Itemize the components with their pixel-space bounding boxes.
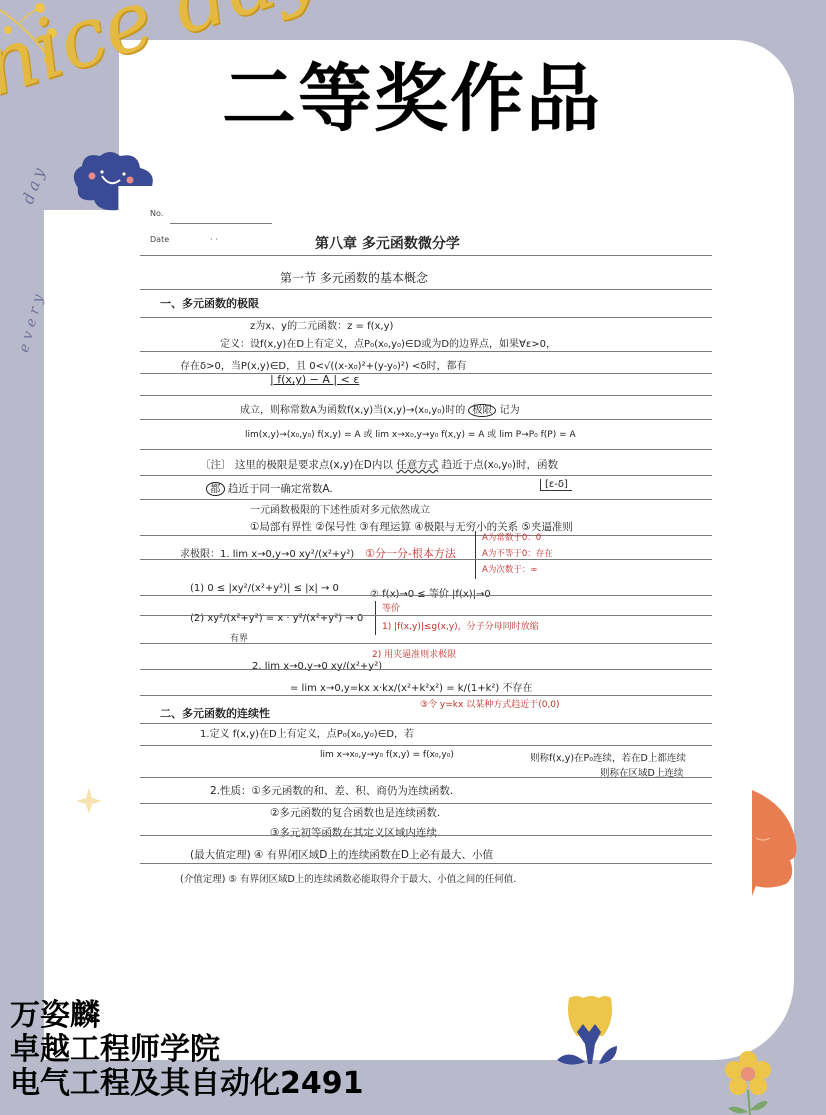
note-remark: 〔注〕 这里的极限是要求点(x,y)在D内以 任意方式 趋近于点(x₀,y₀)时… [200,457,558,472]
note-line: z为x、y的二元函数：z = f(x,y) [250,317,393,332]
chapter-title: 第八章 多元函数微分学 [315,233,460,253]
red-note: A为常数于0：0 [482,531,541,543]
continuity-definition: 1.定义 f(x,y)在D上有定义，点P₀(x₀,y₀)∈D，若 [200,725,414,740]
header-date-dots: · · [210,235,218,244]
intermediate-value-theorem: (介值定理) ⑤ 有界闭区域D上的连续函数必能取得介于最大、小值之间的任何值. [180,871,516,885]
tulip-icon [555,992,635,1072]
red-note: A为不等于0：存在 [482,547,553,559]
epsilon-delta-box: [ε-δ] [540,479,572,491]
circled-limit-term: 极限 [468,404,496,417]
author-block: 万姿麟 卓越工程师学院 电气工程及其自动化2491 [10,999,364,1101]
exercise-1: 求极限：1. lim x→0,y→0 xy²/(x²+y²) [180,545,354,560]
red-note: A为次数于：∞ [482,563,537,575]
continuity-note: 则称f(x,y)在P₀连续，若在D上都连续 [530,750,686,764]
red-note: 1) |f(x,y)|≤g(x,y)，分子分母同时放缩 [382,619,539,632]
heading-limits: 一、多元函数的极限 [160,295,259,311]
note-line: 存在δ>0，当P(x,y)∈D，且 0<√((x-x₀)²+(y-y₀)²) <… [180,357,466,372]
author-college: 卓越工程师学院 [10,1033,364,1067]
red-note: ③令 y=kx 以某种方式趋近于(0,0) [420,697,560,710]
orange-blob-icon [750,788,798,898]
property-2: ②多元函数的复合函数也是连续函数. [270,805,440,820]
red-note: 2) 用夹逼准则求极限 [372,647,456,660]
daisy-flower-icon [718,1050,778,1115]
property-3: ③多元初等函数在其定义区域内连续. [270,825,440,840]
note-line: 一元函数极限的下述性质对多元依然成立 [250,501,430,516]
note-line: 定义：设f(x,y)在D上有定义，点P₀(x₀,y₀)∈D或为D的边界点，如果∀… [220,335,556,350]
handwritten-notes-page: No. Date · · 第八章 多元函数微分学 第一节 多元函数的基本概念 一… [140,205,712,895]
note-line: | f(x,y) − A | < ε [270,373,359,386]
continuity-limit: lim x→x₀,y→y₀ f(x,y) = f(x₀,y₀) [320,750,454,760]
smiling-cloud-icon [68,148,158,213]
page-title: 二等奖作品 [222,40,602,146]
max-value-theorem: (最大值定理) ④ 有界闭区域D上的连续函数在D上必有最大、小值 [190,847,493,862]
exercise-1-step1: (1) 0 ≤ |xy²/(x²+y²)| ≤ |x| → 0 [190,583,339,594]
sparkle-icon [74,786,104,816]
header-no-label: No. [150,209,163,218]
heading-continuity: 二、多元函数的连续性 [160,705,270,721]
note-remark-cont: 都 趋近于同一确定常数A. [206,481,333,496]
property-1: 2.性质：①多元函数的和、差、积、商仍为连续函数. [210,783,453,798]
red-note: 等价 [382,601,400,614]
red-note-equiv: ② f(x)→0 ≤ 等价 |f(x)|→0 [370,585,491,600]
exercise-2-result: = lim x→0,y=kx x·kx/(x²+k²x²) = k/(1+k²)… [290,679,533,694]
note-line: 成立，则称常数A为函数f(x,y)当(x,y)→(x₀,y₀)时的 极限 记为 [240,401,520,416]
header-date-label: Date [150,235,169,244]
limit-notation: lim(x,y)→(x₀,y₀) f(x,y) = A 或 lim x→x₀,y… [245,427,576,440]
author-name: 万姿麟 [10,999,364,1033]
author-major-class: 电气工程及其自动化2491 [10,1067,364,1101]
section-title: 第一节 多元函数的基本概念 [280,269,428,286]
exercise-2: 2. lim x→0,y→0 xy/(x²+y²) [252,661,382,672]
